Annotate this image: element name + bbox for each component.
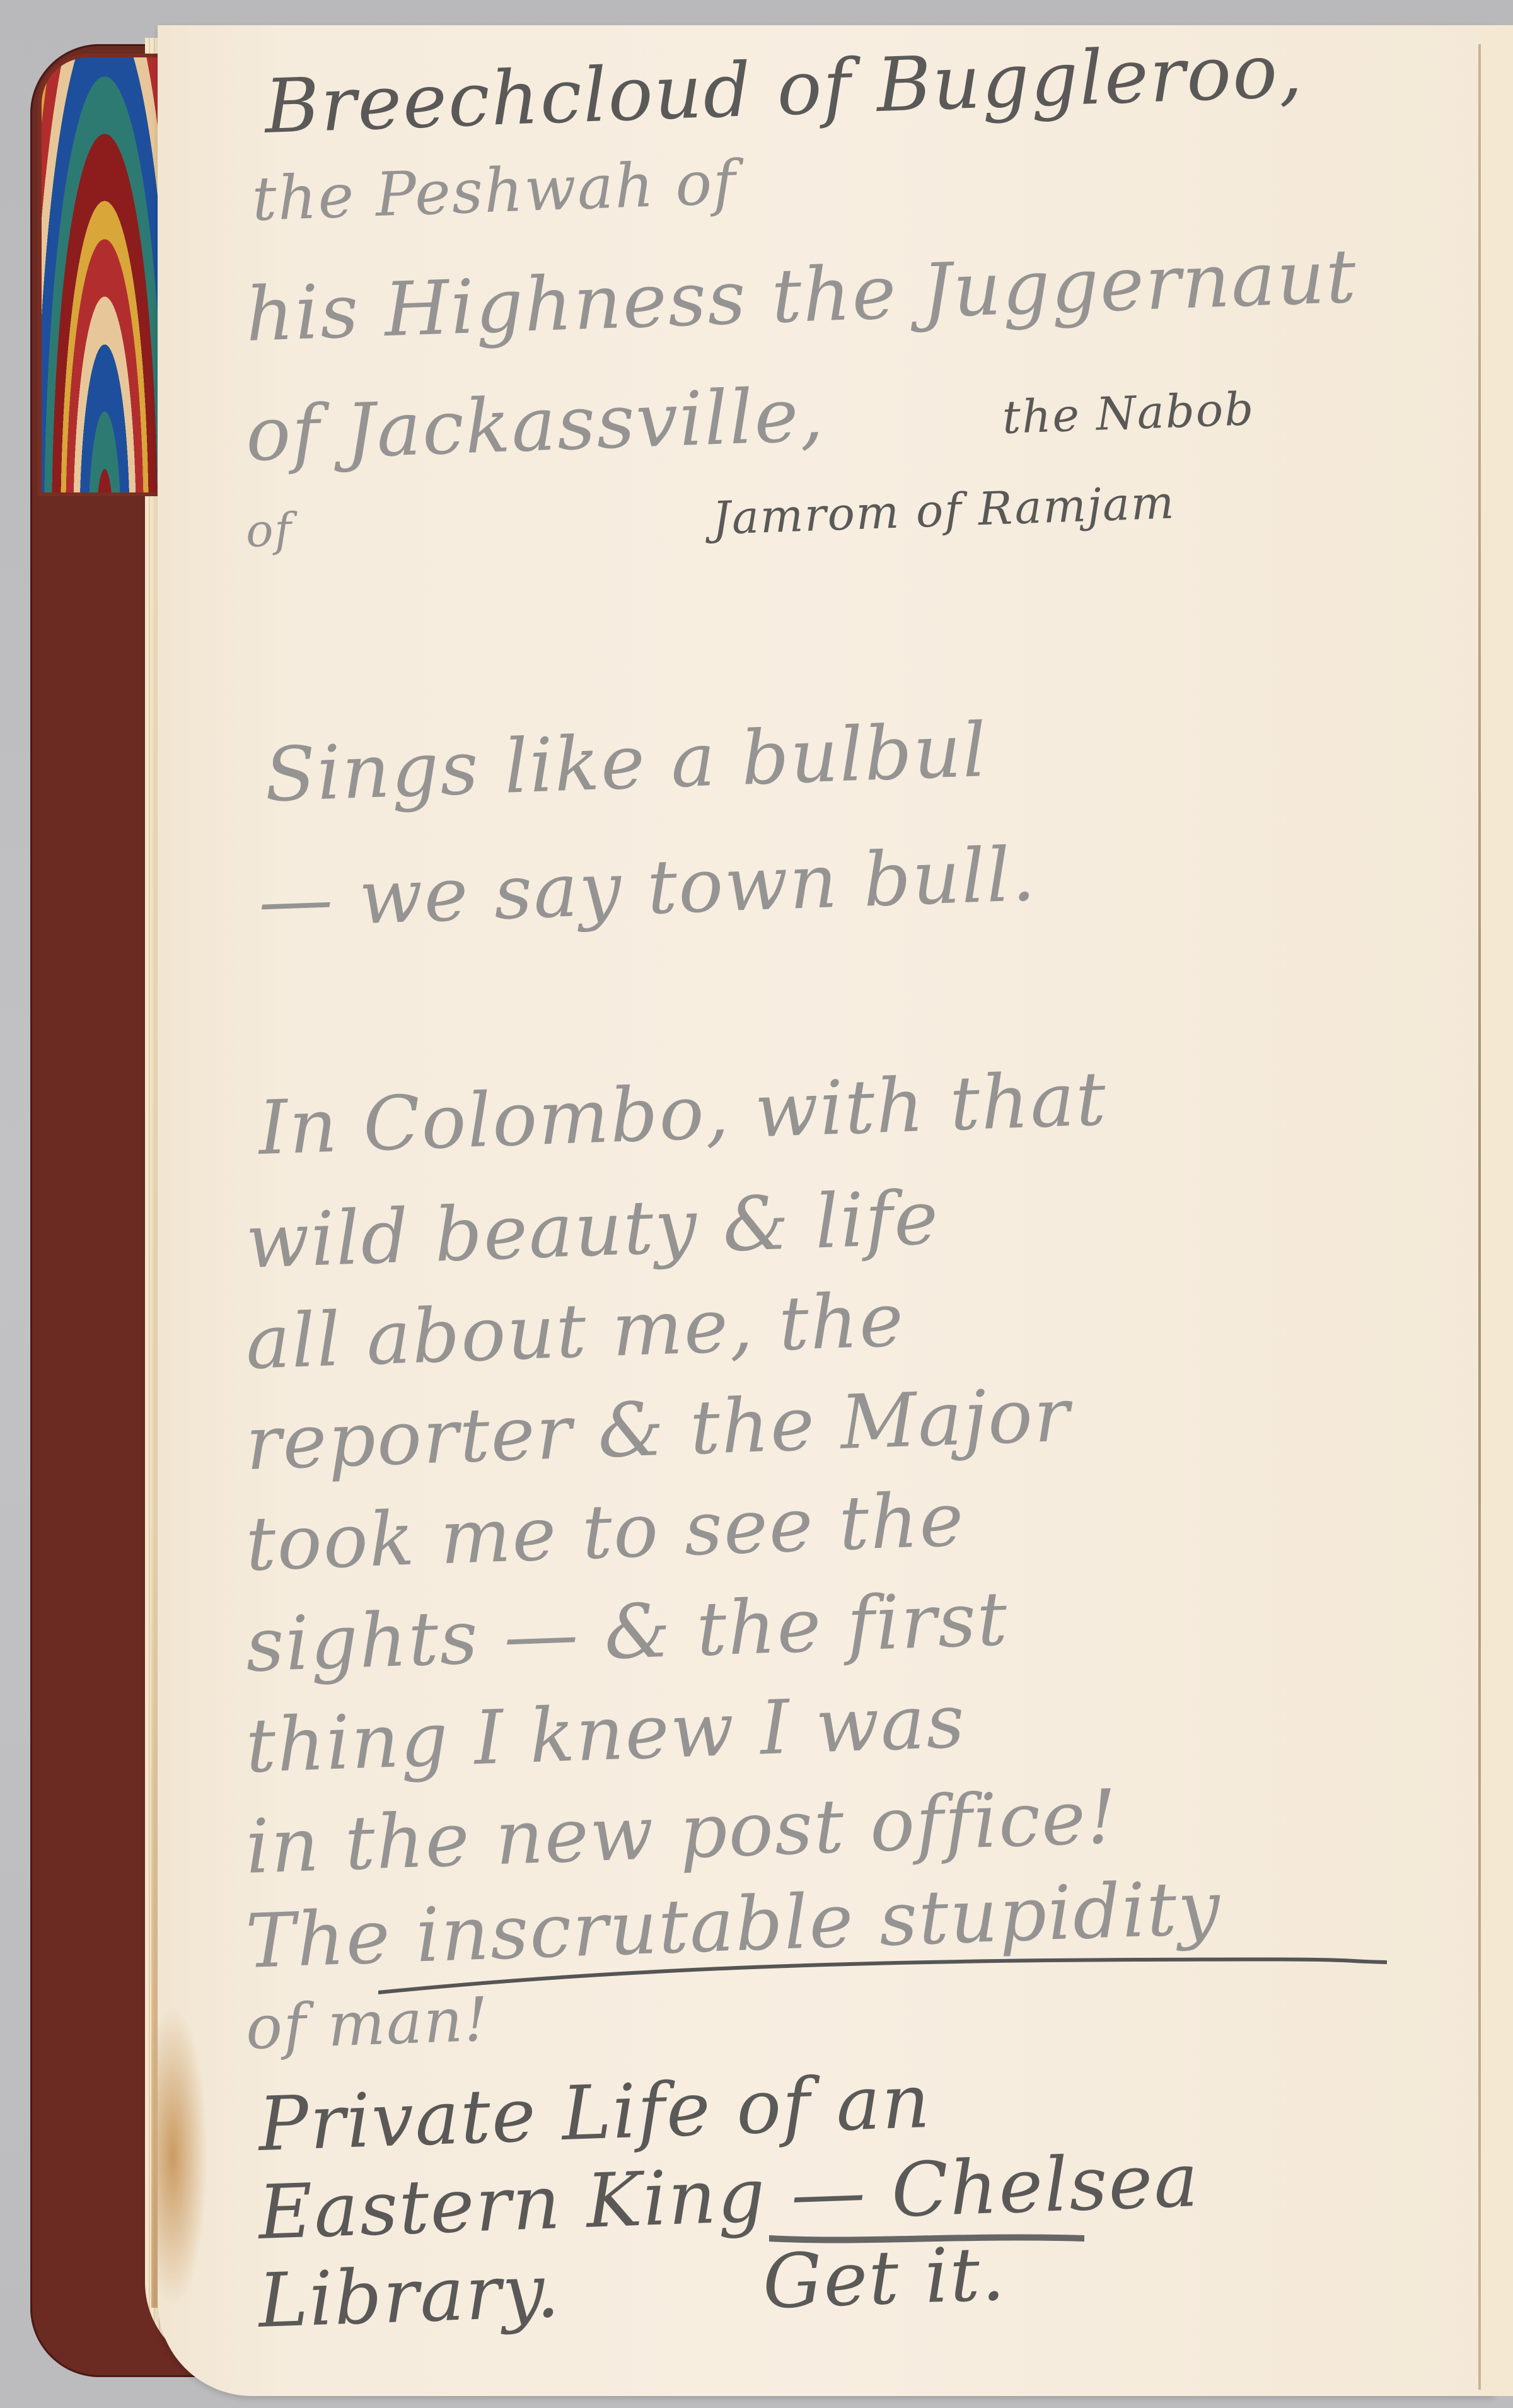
- pencil-underline: [769, 2226, 1084, 2251]
- hw-line-6: of: [245, 503, 294, 557]
- pencil-divider-line: [378, 1955, 1387, 1999]
- gutter: [1478, 44, 1481, 2390]
- marbled-endpaper: [38, 54, 171, 496]
- hw-line-22: Library.: [257, 2247, 562, 2344]
- foxing-stain: [158, 2005, 208, 2308]
- facing-page: [1481, 25, 1513, 2396]
- hw-line-5: the Nabob: [1002, 382, 1256, 444]
